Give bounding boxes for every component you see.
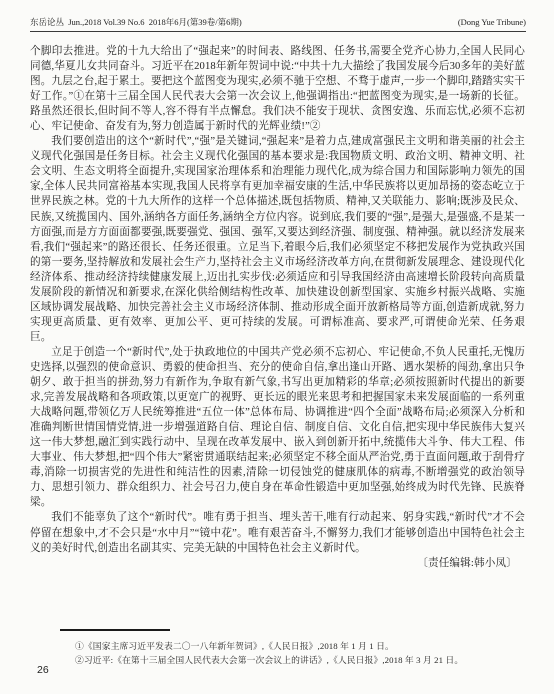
body-paragraph: 立足于创造一个“新时代”,处于执政地位的中国共产党必须不忘初心、牢记使命,不负人… bbox=[30, 345, 525, 511]
body-paragraph: 个脚印去推进。党的十九大给出了“强起来”的时间表、路线图、任务书,需要全党齐心协… bbox=[30, 44, 525, 134]
journal-page: 东岳论丛 Jun.,2018 Vol.39 No.6 2018年6月(第39卷/… bbox=[0, 0, 554, 694]
footnote-divider bbox=[60, 629, 170, 631]
article-body: 个脚印去推进。党的十九大给出了“强起来”的时间表、路线图、任务书,需要全党齐心协… bbox=[30, 44, 525, 571]
footnote-item: ①《国家主席习近平发表二〇一八年新年贺词》,《人民日报》,2018 年 1 月 … bbox=[75, 640, 524, 654]
body-paragraph: 我们不能辜负了这个“新时代”。唯有勇于担当、埋头苦干,唯有行动起来、躬身实践,“… bbox=[30, 510, 525, 555]
header-divider bbox=[30, 31, 526, 32]
footnote-section: ①《国家主席习近平发表二〇一八年新年贺词》,《人民日报》,2018 年 1 月 … bbox=[75, 640, 524, 667]
body-paragraph: 我们要创造出的这个“新时代”,“强”是关键词,“强起来”是着力点,建成富强民主文… bbox=[30, 134, 525, 345]
page-number: 26 bbox=[37, 664, 49, 676]
journal-header-right: (Dong Yue Tribune) bbox=[458, 17, 526, 27]
journal-header: 东岳论丛 Jun.,2018 Vol.39 No.6 2018年6月(第39卷/… bbox=[30, 16, 526, 28]
footnote-item: ②习近平:《在第十三届全国人民代表大会第一次会议上的讲话》,《人民日报》,201… bbox=[75, 654, 524, 668]
journal-header-left: 东岳论丛 Jun.,2018 Vol.39 No.6 2018年6月(第39卷/… bbox=[30, 16, 242, 28]
editor-note: 〔责任编辑:韩小凤〕 bbox=[30, 556, 525, 571]
